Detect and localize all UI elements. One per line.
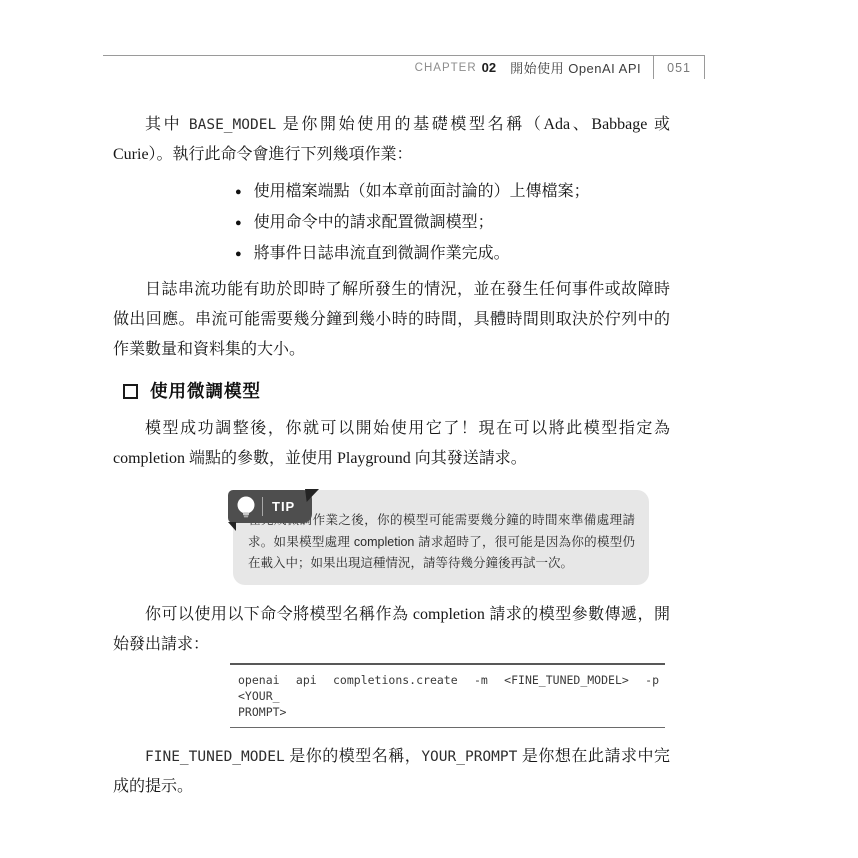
chapter-number: 02 (482, 60, 496, 75)
paragraph-text: 是你的模型名稱， (285, 748, 422, 765)
section-heading-text: 使用微調模型 (150, 376, 261, 406)
tip-tab: TIP (228, 490, 312, 523)
code-text: openai api completions.create -m <FINE_T… (238, 672, 659, 720)
inline-code-fine-tuned-model: FINE_TUNED_MODEL (145, 749, 285, 765)
paragraph-text: 其中 (145, 116, 189, 133)
paragraph-command-intro: 你可以使用以下命令將模型名稱作為 completion 請求的模型參數傳遞，開始… (113, 600, 670, 660)
list-item: ● 使用檔案端點（如本章前面討論的）上傳檔案； (235, 177, 670, 207)
lightbulb-icon (236, 495, 256, 519)
tip-callout: TIP 在完成微調作業之後，你的模型可能需要幾分鐘的時間來準備處理請求。如果模型… (228, 490, 649, 585)
paragraph-model-name: FINE_TUNED_MODEL 是你的模型名稱，YOUR_PROMPT 是你想… (113, 742, 670, 802)
tip-label: TIP (272, 492, 295, 522)
paragraph-base-model: 其中 BASE_MODEL 是你開始使用的基礎模型名稱（Ada、Babbage … (113, 110, 670, 170)
list-item: ● 將事件日誌串流直到微調作業完成。 (235, 239, 670, 269)
bullet-icon: ● (235, 239, 242, 269)
chapter-title: 開始使用 OpenAI API (510, 58, 641, 77)
paragraph-use-model: 模型成功調整後，你就可以開始使用它了！現在可以將此模型指定為 completio… (113, 414, 670, 474)
page-number: 051 (667, 61, 691, 75)
paragraph-log-stream: 日誌串流功能有助於即時了解所發生的情況，並在發生任何事件或故障時做出回應。串流可… (113, 275, 670, 365)
bullet-icon: ● (235, 208, 242, 238)
page-number-cell: 051 (653, 56, 705, 79)
bullet-icon: ● (235, 177, 242, 207)
section-heading: 使用微調模型 (123, 376, 670, 406)
list-item-text: 使用命令中的請求配置微調模型； (254, 208, 494, 238)
list-item-text: 使用檔案端點（如本章前面討論的）上傳檔案； (254, 177, 590, 207)
bullet-list: ● 使用檔案端點（如本章前面討論的）上傳檔案； ● 使用命令中的請求配置微調模型… (113, 177, 670, 269)
book-page: CHAPTER 02 開始使用 OpenAI API 051 其中 BASE_M… (0, 0, 858, 858)
chapter-label: CHAPTER (415, 62, 477, 74)
inline-code-base-model: BASE_MODEL (189, 117, 276, 133)
header-row: CHAPTER 02 開始使用 OpenAI API 051 (103, 56, 705, 79)
square-bullet-icon (123, 384, 138, 399)
list-item: ● 使用命令中的請求配置微調模型； (235, 208, 670, 238)
list-item-text: 將事件日誌串流直到微調作業完成。 (254, 239, 510, 269)
tab-divider (262, 497, 263, 516)
code-block: openai api completions.create -m <FINE_T… (230, 663, 665, 728)
inline-code-your-prompt: YOUR_PROMPT (421, 749, 517, 765)
text-column: 其中 BASE_MODEL 是你開始使用的基礎模型名稱（Ada、Babbage … (113, 110, 670, 802)
page-header: CHAPTER 02 開始使用 OpenAI API 051 (103, 55, 705, 79)
